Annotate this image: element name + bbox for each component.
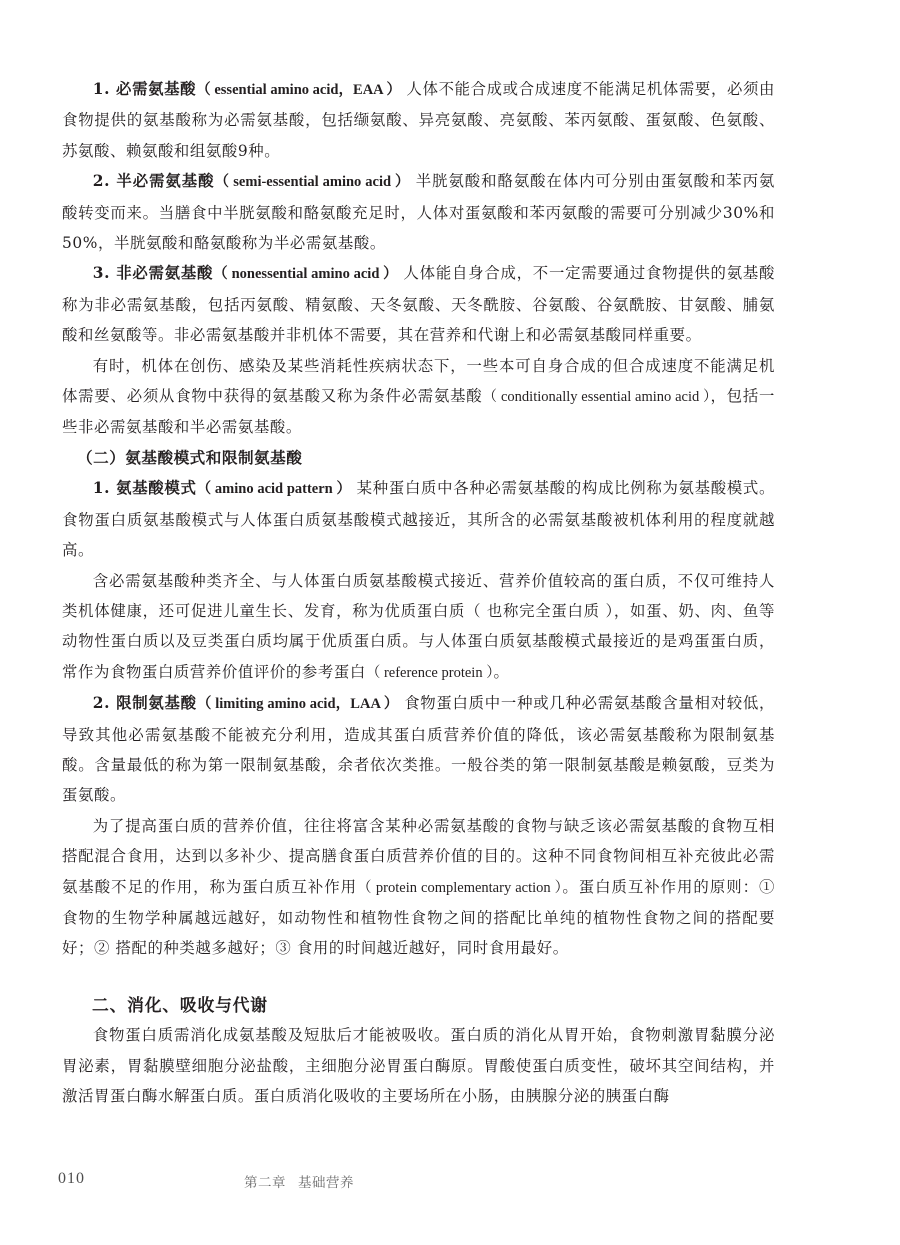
paragraph-limiting-amino-acid: 2. 限制氨基酸（ limiting amino acid，LAA ） 食物蛋白… xyxy=(62,688,775,811)
term-title: 2. 限制氨基酸 xyxy=(93,694,197,712)
paragraph-semi-essential-amino-acid: 2. 半必需氨基酸（ semi-essential amino acid ） 半… xyxy=(62,166,775,258)
subsection-heading: （二）氨基酸模式和限制氨基酸 xyxy=(62,443,775,473)
paragraph-text: 。 xyxy=(493,663,509,681)
paragraph-nonessential-amino-acid: 3. 非必需氨基酸（ nonessential amino acid ） 人体能… xyxy=(62,258,775,350)
paragraph-digestion: 食物蛋白质需消化成氨基酸及短肽后才能被吸收。蛋白质的消化从胃开始，食物刺激胃黏膜… xyxy=(62,1020,775,1111)
term-title: 3. 非必需氨基酸 xyxy=(93,264,213,282)
term-label: 2. 半必需氨基酸（ semi-essential amino acid ） xyxy=(93,172,410,190)
term-title: 1. 氨基酸模式 xyxy=(93,479,197,497)
paragraph-quality-protein: 含必需氨基酸种类齐全、与人体蛋白质氨基酸模式接近、营养价值较高的蛋白质，不仅可维… xyxy=(62,566,775,689)
paragraph-conditionally-essential: 有时，机体在创伤、感染及某些消耗性疾病状态下，一些本可自身合成的但合成速度不能满… xyxy=(62,351,775,443)
term-english: （ conditionally essential amino acid ） xyxy=(483,389,711,405)
term-label: 3. 非必需氨基酸（ nonessential amino acid ） xyxy=(93,264,398,282)
term-english: （ nonessential amino acid ） xyxy=(213,266,398,282)
term-label: 1. 必需氨基酸（ essential amino acid，EAA ） xyxy=(93,80,401,98)
paragraph-protein-complementary: 为了提高蛋白质的营养价值，往往将富含某种必需氨基酸的食物与缺乏该必需氨基酸的食物… xyxy=(62,811,775,964)
paragraph-amino-acid-pattern: 1. 氨基酸模式（ amino acid pattern ） 某种蛋白质中各种必… xyxy=(62,473,775,565)
term-english: （ protein complementary action ） xyxy=(357,880,562,896)
paragraph-essential-amino-acid: 1. 必需氨基酸（ essential amino acid，EAA ） 人体不… xyxy=(62,74,775,166)
term-english: （ limiting amino acid，LAA ） xyxy=(197,696,399,712)
term-title: 2. 半必需氨基酸 xyxy=(93,172,215,190)
term-label: 1. 氨基酸模式（ amino acid pattern ） xyxy=(93,479,351,497)
chapter-number: 第二章 xyxy=(244,1175,286,1191)
running-header-chapter: 第二章基础营养 xyxy=(244,1171,354,1191)
term-english: （ essential amino acid，EAA ） xyxy=(196,82,401,98)
page-number: 010 xyxy=(58,1170,85,1188)
term-english: （ amino acid pattern ） xyxy=(197,481,351,497)
section-heading: 二、消化、吸收与代谢 xyxy=(62,990,775,1020)
term-english: （ semi-essential amino acid ） xyxy=(214,174,409,190)
term-label: 2. 限制氨基酸（ limiting amino acid，LAA ） xyxy=(93,694,399,712)
page-footer: 010 第二章基础营养 xyxy=(58,1170,758,1192)
term-english: （ reference protein ） xyxy=(366,665,494,681)
paragraph-text: 食物蛋白质需消化成氨基酸及短肽后才能被吸收。蛋白质的消化从胃开始，食物刺激胃黏膜… xyxy=(62,1026,775,1105)
page-body: 1. 必需氨基酸（ essential amino acid，EAA ） 人体不… xyxy=(62,74,775,1111)
term-title: 1. 必需氨基酸 xyxy=(93,80,196,98)
chapter-title: 基础营养 xyxy=(298,1175,354,1191)
